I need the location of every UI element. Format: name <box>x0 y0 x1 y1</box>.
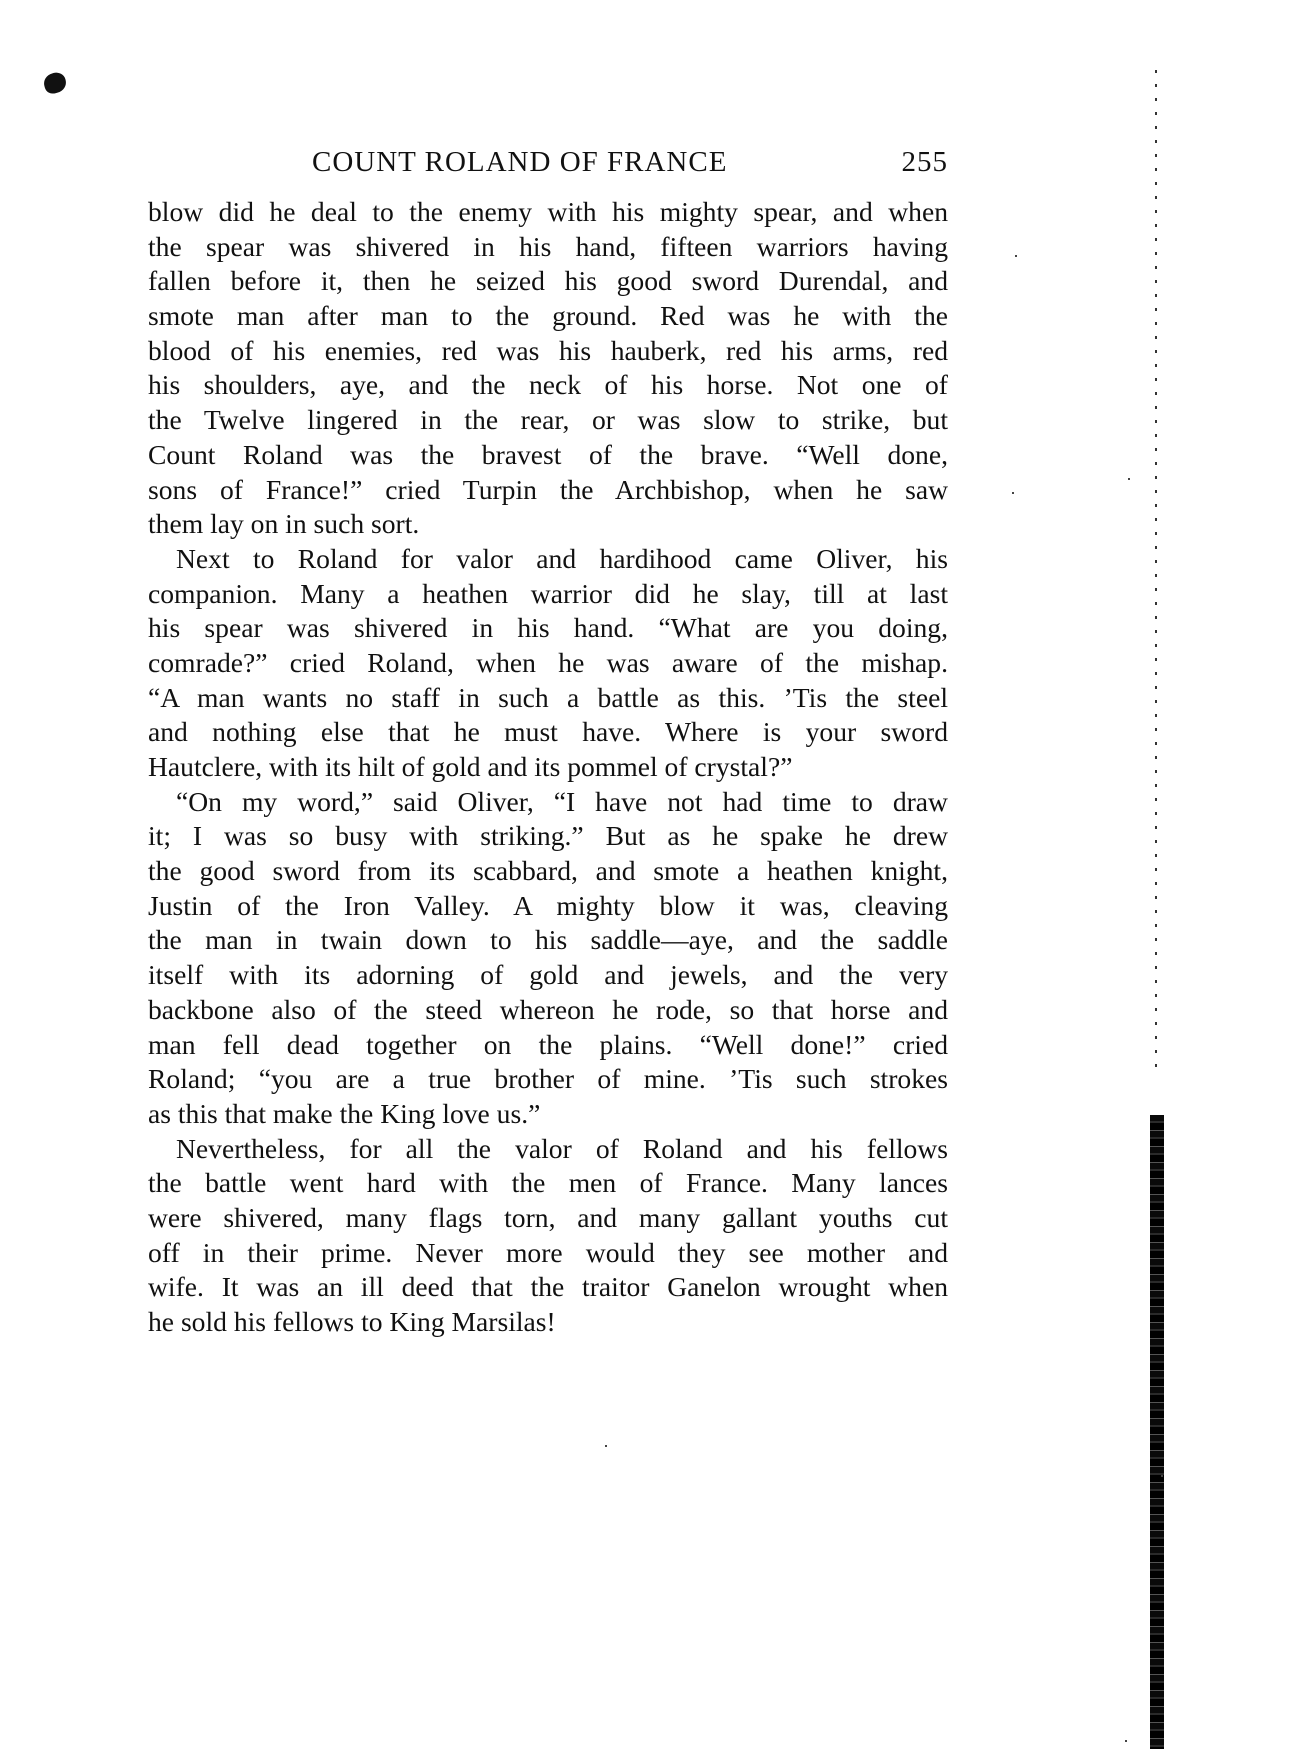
text-line: them lay on in such sort. <box>148 507 948 542</box>
text-line: wife. It was an ill deed that the traito… <box>148 1270 948 1305</box>
text-line: “On my word,” said Oliver, “I have not h… <box>148 785 948 820</box>
page-edge-dotted <box>1155 70 1157 1070</box>
scan-speck <box>1161 1475 1163 1477</box>
text-line: backbone also of the steed whereon he ro… <box>148 993 948 1028</box>
text-line: Next to Roland for valor and hardihood c… <box>148 542 948 577</box>
text-line: the Twelve lingered in the rear, or was … <box>148 403 948 438</box>
scanned-book-page: COUNT ROLAND OF FRANCE 255 blow did he d… <box>0 0 1295 1749</box>
text-line: Count Roland was the bravest of the brav… <box>148 438 948 473</box>
text-line: blow did he deal to the enemy with his m… <box>148 195 948 230</box>
text-line: the man in twain down to his saddle—aye,… <box>148 923 948 958</box>
page-number: 255 <box>902 146 949 179</box>
text-line: blood of his enemies, red was his hauber… <box>148 334 948 369</box>
scan-speck <box>605 1445 607 1447</box>
ink-blot-mark <box>42 70 68 95</box>
text-line: man fell dead together on the plains. “W… <box>148 1028 948 1063</box>
text-line: he sold his fellows to King Marsilas! <box>148 1305 948 1340</box>
text-line: companion. Many a heathen warrior did he… <box>148 577 948 612</box>
text-line: and nothing else that he must have. Wher… <box>148 715 948 750</box>
scan-speck <box>1125 1740 1127 1742</box>
text-line: were shivered, many flags torn, and many… <box>148 1201 948 1236</box>
text-line: the battle went hard with the men of Fra… <box>148 1166 948 1201</box>
text-line: itself with its adorning of gold and jew… <box>148 958 948 993</box>
text-line: the spear was shivered in his hand, fift… <box>148 230 948 265</box>
text-line: his shoulders, aye, and the neck of his … <box>148 368 948 403</box>
text-line: fallen before it, then he seized his goo… <box>148 264 948 299</box>
text-line: Nevertheless, for all the valor of Rolan… <box>148 1132 948 1167</box>
text-line: comrade?” cried Roland, when he was awar… <box>148 646 948 681</box>
scan-speck <box>1012 492 1014 494</box>
text-line: smote man after man to the ground. Red w… <box>148 299 948 334</box>
running-title: COUNT ROLAND OF FRANCE <box>312 146 727 179</box>
body-text: blow did he deal to the enemy with his m… <box>148 195 948 1340</box>
text-line: Roland; “you are a true brother of mine.… <box>148 1062 948 1097</box>
text-line: sons of France!” cried Turpin the Archbi… <box>148 473 948 508</box>
text-line: off in their prime. Never more would the… <box>148 1236 948 1271</box>
text-line: Justin of the Iron Valley. A mighty blow… <box>148 889 948 924</box>
text-line: his spear was shivered in his hand. “Wha… <box>148 611 948 646</box>
text-line: “A man wants no staff in such a battle a… <box>148 681 948 716</box>
scan-speck <box>1015 255 1017 257</box>
text-line: as this that make the King love us.” <box>148 1097 948 1132</box>
text-line: Hautclere, with its hilt of gold and its… <box>148 750 948 785</box>
running-head: COUNT ROLAND OF FRANCE 255 <box>148 146 948 186</box>
scan-speck <box>1128 478 1130 480</box>
page-edge-binding-shadow <box>1150 1115 1164 1749</box>
text-line: the good sword from its scabbard, and sm… <box>148 854 948 889</box>
text-line: it; I was so busy with striking.” But as… <box>148 819 948 854</box>
